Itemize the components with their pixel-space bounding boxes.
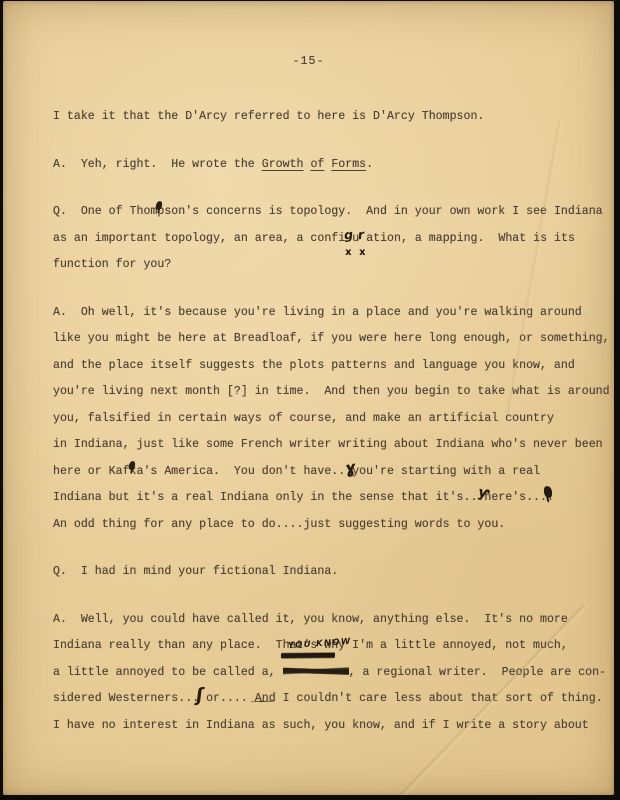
paragraph: I take it that the D'Arcy referred to he… <box>53 104 586 131</box>
text-line: as an important topology, an area, a con… <box>53 226 586 253</box>
text-span: An odd thing for any place to do....just… <box>53 518 505 531</box>
text-span: ation, a mapping. What is its <box>366 232 575 245</box>
text-span: . <box>366 158 373 171</box>
text-span: Q. One of Thomp <box>53 205 164 218</box>
text-span: and the place itself suggests the plots … <box>53 359 575 372</box>
text-line: Q. One of Thompson's concerns is topolog… <box>53 199 586 226</box>
text-line: sidered Westerners... or.... And I could… <box>53 686 586 713</box>
text-line: A. Well, you could have called it, you k… <box>53 607 586 634</box>
text-span: you, falsified in certain ways of course… <box>53 412 554 425</box>
text-span: A. Well, you could have called it, you k… <box>53 613 568 626</box>
text-span: you're living next month [?] in time. An… <box>53 385 610 398</box>
text-line: you, falsified in certain ways of course… <box>53 406 586 433</box>
handwritten-letter: r <box>358 228 365 241</box>
handwritten-letter: g <box>344 228 354 241</box>
text-line: here or Kafka's America. You don't have.… <box>53 459 586 486</box>
text-line: I take it that the D'Arcy referred to he… <box>53 104 586 131</box>
struck-out-text: YOU KNOW <box>283 665 349 677</box>
text-line: An odd thing for any place to do....just… <box>53 512 586 539</box>
text-span: A. Oh well, it's because you're living i… <box>53 306 582 319</box>
paragraph: A. Yeh, right. He wrote the Growth of Fo… <box>53 152 586 179</box>
text-line: a little annoyed to be called a, YOU KNO… <box>53 660 586 687</box>
underlined-text: Growth <box>262 158 304 171</box>
text-line: you're living next month [?] in time. An… <box>53 379 586 406</box>
text-span: I couldn't care less about that sort of … <box>276 692 603 705</box>
text-line: in Indiana, just like some French writer… <box>53 432 586 459</box>
text-line: and the place itself suggests the plots … <box>53 353 586 380</box>
paragraph: A. Well, you could have called it, you k… <box>53 607 586 740</box>
text-span: in Indiana, just like some French writer… <box>53 438 603 451</box>
scanned-page: -15- I take it that the D'Arcy referred … <box>3 1 614 795</box>
text-span: a's America. You don't have... <box>137 465 353 478</box>
page-number: -15- <box>3 1 614 70</box>
text-span: function for you? <box>53 258 171 271</box>
hand-underlined-text: And <box>255 692 276 705</box>
text-span: A. Yeh, right. He wrote the <box>53 158 262 171</box>
text-span: a little annoyed to be called a, <box>53 666 283 679</box>
text-span: I have no interest in Indiana as such, y… <box>53 719 589 732</box>
text-line: I have no interest in Indiana as such, y… <box>53 713 586 740</box>
paragraph: A. Oh well, it's because you're living i… <box>53 300 586 539</box>
text-span: , a regional writer. People are con- <box>349 666 606 679</box>
text-line: Q. I had in mind your fictional Indiana. <box>53 559 586 586</box>
text-span: you're starting with a real <box>352 465 540 478</box>
text-span: as an important topology, an area, a con… <box>53 232 345 245</box>
text-span: Q. I had in mind your fictional Indiana. <box>53 565 338 578</box>
text-span: or.... <box>199 692 255 705</box>
paragraph: Q. I had in mind your fictional Indiana. <box>53 559 586 586</box>
text-span: like you might be here at Breadloaf, if … <box>53 332 610 345</box>
underlined-text: of <box>310 158 324 171</box>
text-line: like you might be here at Breadloaf, if … <box>53 326 586 353</box>
text-span: here or Kafk <box>53 465 137 478</box>
underlined-text: Forms <box>331 158 366 171</box>
paragraph: Q. One of Thompson's concerns is topolog… <box>53 199 586 279</box>
text-line: A. Oh well, it's because you're living i… <box>53 300 586 327</box>
text-span: son's concerns is topology. And in your … <box>164 205 602 218</box>
text-span: I take it that the D'Arcy referred to he… <box>53 110 484 123</box>
text-span: here's... <box>484 491 547 504</box>
document-body: I take it that the D'Arcy referred to he… <box>3 70 614 739</box>
scribbled-out-word <box>280 650 334 661</box>
text-line: Indiana but it's a real Indiana only in … <box>53 485 586 512</box>
text-line: function for you? <box>53 252 586 279</box>
text-span: Indiana but it's a real Indiana only in … <box>53 491 484 504</box>
text-line: A. Yeh, right. He wrote the Growth of Fo… <box>53 152 586 179</box>
text-span: sidered Westerners... <box>53 692 199 705</box>
